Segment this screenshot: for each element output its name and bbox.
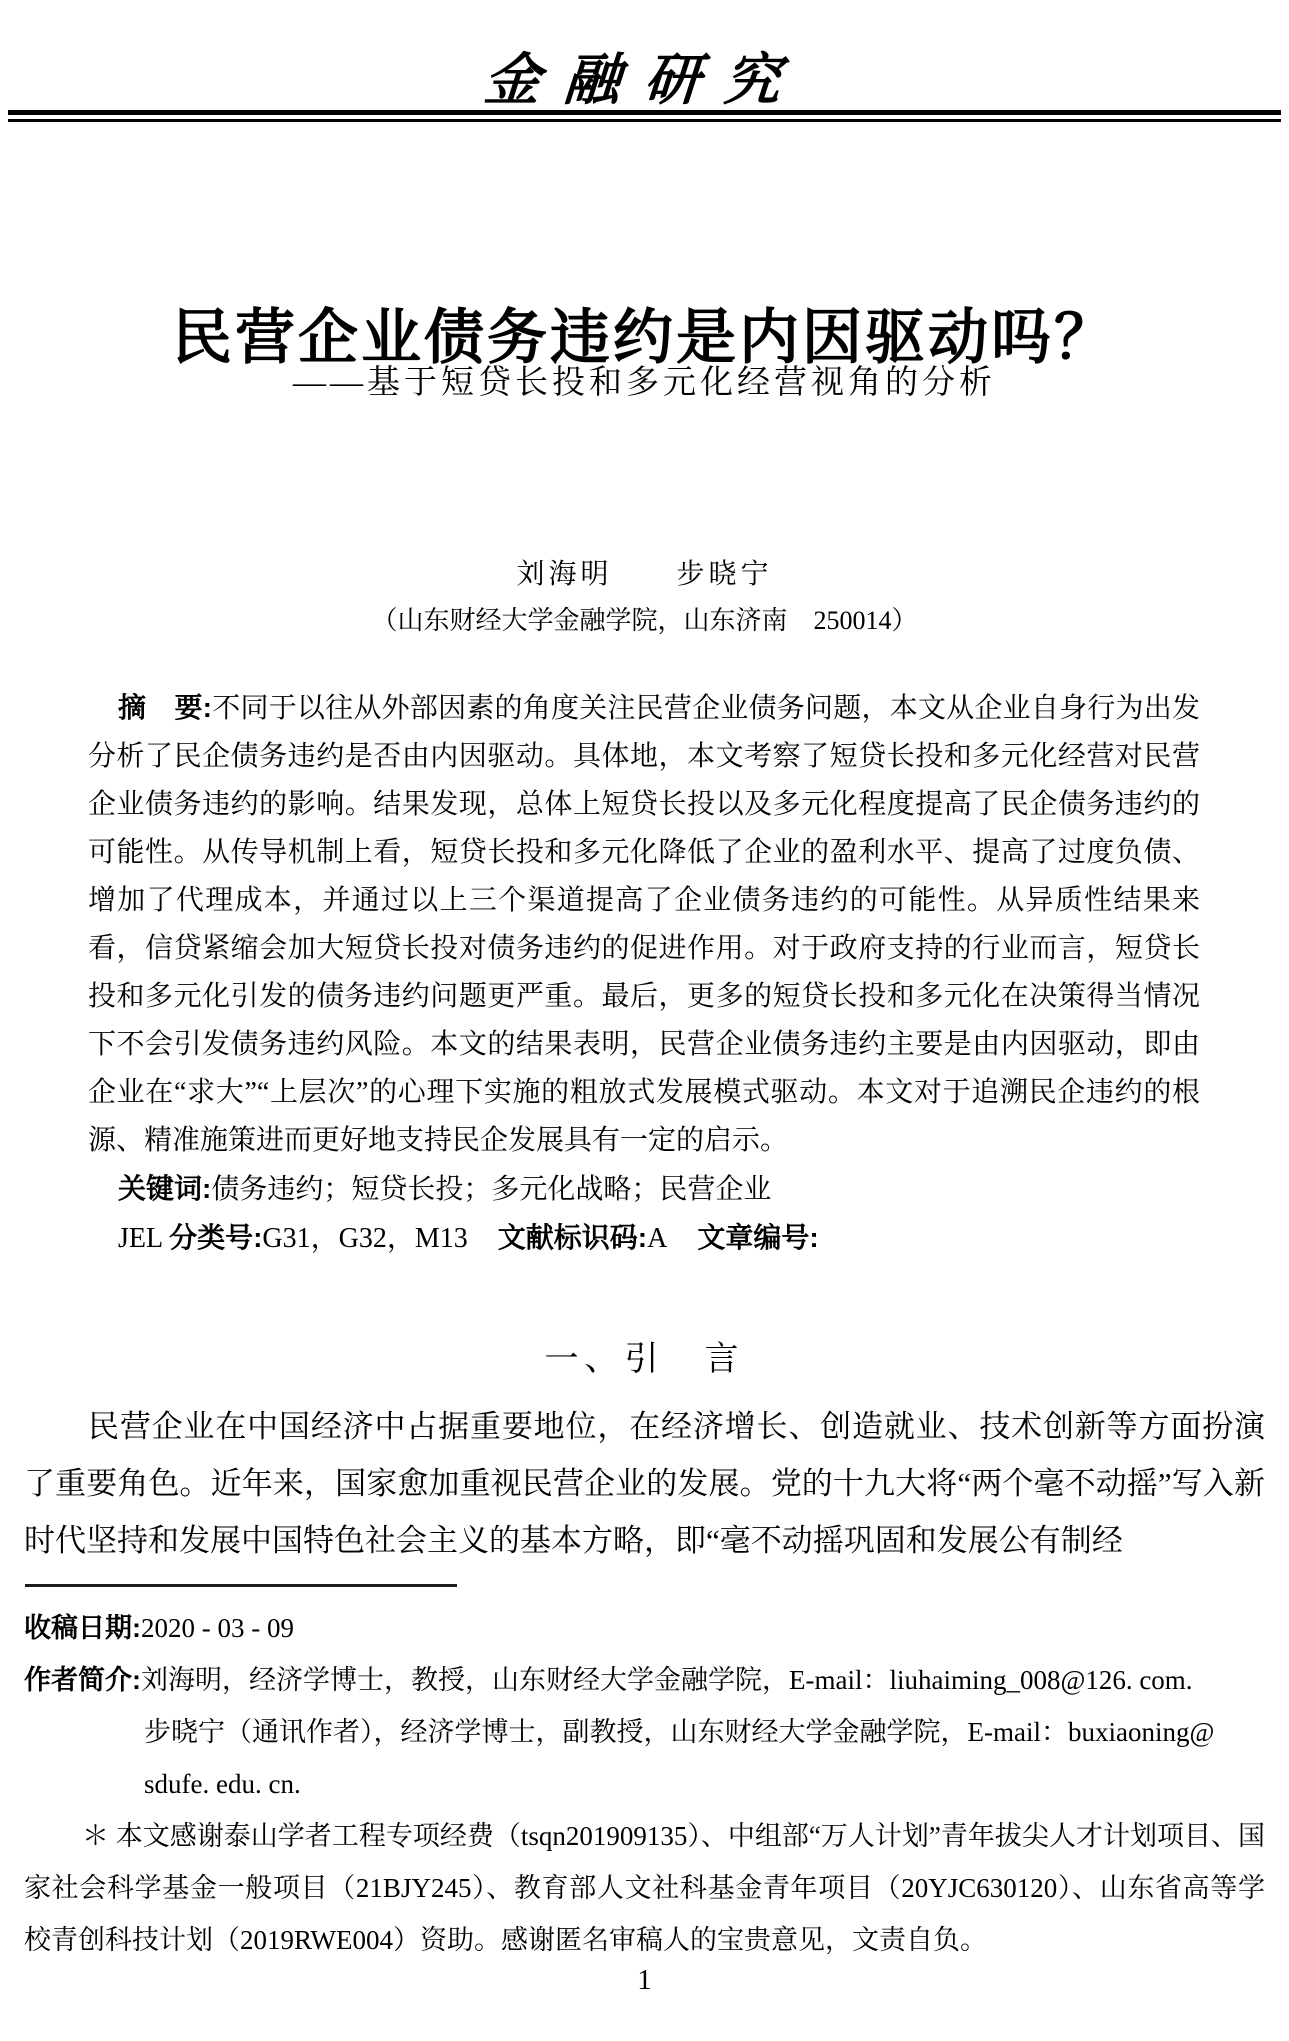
keywords-text: 债务违约；短贷长投；多元化战略；民营企业 — [211, 1174, 771, 1205]
article-no-label: 文章编号: — [697, 1222, 818, 1253]
journal-page: 金融研究 民营企业债务违约是内因驱动吗？ ——基于短贷长投和多元化经营视角的分析… — [0, 0, 1289, 2041]
classification-line: JEL 分类号:G31，G32，M13文献标识码:A文章编号: — [88, 1214, 1200, 1263]
jel-label: 分类号: — [169, 1222, 262, 1253]
abstract-paragraph: 摘 要:不同于以往从外部因素的角度关注民营企业债务问题，本文从企业自身行为出发分… — [88, 684, 1200, 1165]
funding-note: ＊ 本文感谢泰山学者工程专项经费（tsqn201909135）、中组部“万人计划… — [24, 1810, 1265, 1966]
doc-code-value: A — [647, 1223, 667, 1254]
abstract-text: 不同于以往从外部因素的角度关注民营企业债务问题，本文从企业自身行为出发分析了民企… — [88, 693, 1200, 1156]
journal-masthead: 金融研究 — [0, 36, 1289, 116]
body-text-block: 民营企业在中国经济中占据重要地位，在经济增长、创造就业、技术创新等方面扮演了重要… — [24, 1398, 1265, 1569]
footnote-separator — [25, 1584, 457, 1587]
keywords-line: 关键词:债务违约；短贷长投；多元化战略；民营企业 — [88, 1165, 1200, 1214]
author-affiliation: （山东财经大学金融学院，山东济南 250014） — [0, 600, 1289, 637]
body-paragraph: 民营企业在中国经济中占据重要地位，在经济增长、创造就业、技术创新等方面扮演了重要… — [24, 1398, 1265, 1569]
paper-subtitle: ——基于短贷长投和多元化经营视角的分析 — [0, 356, 1289, 403]
author-bio-label: 作者简介: — [24, 1665, 141, 1695]
footnotes-block: 收稿日期:2020 - 03 - 09 作者简介:刘海明，经济学博士，教授，山东… — [24, 1602, 1265, 1966]
page-number: 1 — [0, 1964, 1289, 1997]
author-bio-line3: sdufe. edu. cn. — [24, 1758, 1265, 1810]
abstract-block: 摘 要:不同于以往从外部因素的角度关注民营企业债务问题，本文从企业自身行为出发分… — [88, 684, 1200, 1263]
keywords-label: 关键词: — [118, 1173, 211, 1204]
author-names: 刘海明 步晓宁 — [0, 552, 1289, 592]
author-bio-row: 作者简介:刘海明，经济学博士，教授，山东财经大学金融学院，E-mail：liuh… — [24, 1654, 1265, 1706]
header-double-rule — [8, 110, 1281, 122]
jel-codes: G31，G32，M13 — [262, 1223, 467, 1254]
section-heading-introduction: 一、引 言 — [0, 1331, 1289, 1380]
jel-prefix: JEL — [118, 1223, 169, 1254]
doc-code-label: 文献标识码: — [498, 1222, 647, 1253]
received-date-row: 收稿日期:2020 - 03 - 09 — [24, 1602, 1265, 1654]
abstract-label: 摘 要: — [118, 692, 212, 723]
received-date-value: 2020 - 03 - 09 — [141, 1613, 294, 1643]
author-bio-line2: 步晓宁（通讯作者），经济学博士，副教授，山东财经大学金融学院，E-mail：bu… — [24, 1706, 1265, 1758]
received-date-label: 收稿日期: — [24, 1613, 141, 1643]
author-bio-line1: 刘海明，经济学博士，教授，山东财经大学金融学院，E-mail：liuhaimin… — [141, 1665, 1193, 1695]
